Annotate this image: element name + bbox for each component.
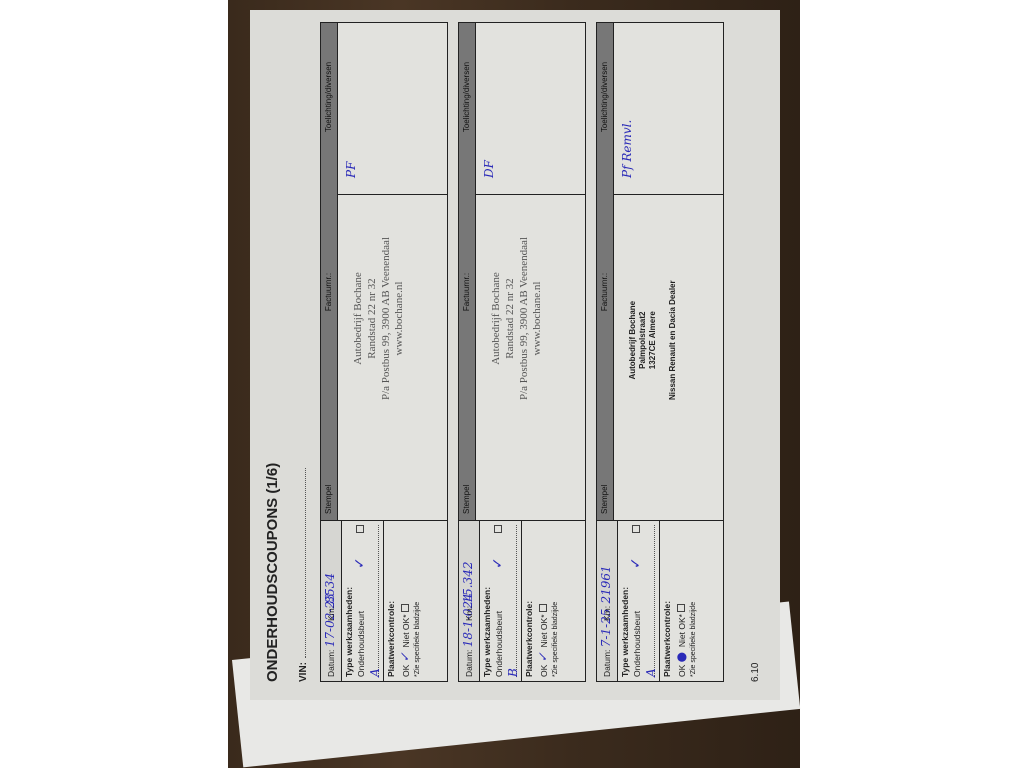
onderhoudsbeurt-label: Onderhoudsbeurt (356, 611, 366, 677)
plaatwerk-options: OK ✓ Niet OK* (536, 521, 550, 681)
page-number: 6.10 (750, 663, 761, 682)
km-value: 15.342 (461, 562, 475, 604)
coupon-info: Datum: 17-02-23 Km: 8534 Type werkzaamhe… (321, 520, 447, 681)
coupon-header: Stempel Factuurnr.: Toelichting/diversen (321, 23, 338, 520)
coupon-info: Datum: 18-1-024 Km: 15.342 Type werkzaam… (459, 520, 585, 681)
onderhoudsbeurt-checkbox[interactable] (356, 525, 364, 533)
coupon-columns: Stempel Factuurnr.: Toelichting/diversen… (321, 23, 447, 520)
datum-label: Datum: (602, 650, 612, 677)
stamp-line: 1327CE Almere (648, 280, 658, 400)
type-label: Type werkzaamheden: (618, 521, 632, 681)
stamp-line: Autobedrijf Bochane (628, 280, 638, 400)
plaatwerk-label: Plaatwerkcontrole: (659, 521, 674, 681)
toelichting-area: DF (476, 23, 585, 194)
datum-row: Datum: 7-1-25 Km: 21961 (597, 521, 618, 681)
stamp-line: Nissan Renault en Dacia Dealer (668, 280, 678, 400)
onderhoudsbeurt-checkbox[interactable] (494, 525, 502, 533)
toelichting-area: PF (338, 23, 447, 194)
stamp-line: P/a Postbus 99, 3900 AB Veenendaal (518, 237, 532, 400)
stamp-area: Autobedrijf BochaneRandstad 22 nr 32P/a … (476, 194, 585, 520)
type-note: A (644, 668, 658, 677)
type-note: B (506, 668, 520, 677)
factuurnr-header: Factuurnr.: (321, 171, 337, 413)
stamp-line: Randstad 22 nr 32 (366, 237, 380, 400)
dealer-stamp: Autobedrijf BochaneRandstad 22 nr 32P/a … (352, 237, 407, 400)
onderhoudsbeurt-row: Onderhoudsbeurt (356, 521, 366, 681)
coupon-body: Autobedrijf BochaneRandstad 22 nr 32P/a … (338, 23, 447, 520)
onderhoudsbeurt-label: Onderhoudsbeurt (494, 611, 504, 677)
datum-label: Datum: (464, 650, 474, 677)
toelichting-value: PF (344, 162, 358, 178)
ok-label: OK (539, 665, 549, 677)
type-other-line: A (368, 525, 379, 677)
page-title: ONDERHOUDSCOUPONS (1/6) (264, 463, 281, 682)
vin-field: VIN: (298, 468, 309, 682)
niet-ok-label: Niet OK* (539, 614, 549, 647)
plaatwerk-options: OK ✓ Niet OK* (398, 521, 412, 681)
stempel-header: Stempel (321, 413, 337, 520)
type-other-line: A (644, 525, 655, 677)
footnote: *Zie specifieke bladzijde (688, 521, 699, 681)
ok-mark[interactable]: ✓ (398, 652, 412, 662)
factuurnr-header: Factuurnr.: (459, 171, 475, 413)
ok-mark[interactable]: ● (674, 652, 688, 662)
plaatwerk-options: OK ● Niet OK* (674, 521, 688, 681)
onderhoudsbeurt-checkbox[interactable] (632, 525, 640, 533)
onderhoudsbeurt-row: Onderhoudsbeurt (494, 521, 504, 681)
type-label: Type werkzaamheden: (342, 521, 356, 681)
dealer-stamp: Autobedrijf BochaneRandstad 22 nr 32P/a … (490, 237, 545, 400)
check-mark-icon: ✓ (489, 557, 506, 569)
onderhoudsbeurt-label: Onderhoudsbeurt (632, 611, 642, 677)
vin-line (305, 468, 306, 658)
onderhoudsbeurt-row: Onderhoudsbeurt (632, 521, 642, 681)
km-value: 8534 (323, 573, 337, 604)
coupon-body: Autobedrijf BochaneRandstad 22 nr 32P/a … (476, 23, 585, 520)
toelichting-area: Pf Remvl. (614, 23, 723, 194)
stamp-line: www.bochane.nl (393, 237, 407, 400)
coupon: Datum: 17-02-23 Km: 8534 Type werkzaamhe… (320, 22, 448, 682)
ok-label: OK (401, 665, 411, 677)
km-label: Km: (602, 606, 612, 621)
coupon-list: Datum: 17-02-23 Km: 8534 Type werkzaamhe… (320, 22, 734, 682)
ok-mark[interactable]: ✓ (536, 652, 550, 662)
coupon-header: Stempel Factuurnr.: Toelichting/diversen (597, 23, 614, 520)
coupon-columns: Stempel Factuurnr.: Toelichting/diversen… (597, 23, 723, 520)
coupon-columns: Stempel Factuurnr.: Toelichting/diversen… (459, 23, 585, 520)
niet-ok-checkbox[interactable] (677, 604, 685, 612)
stamp-line: P/a Postbus 99, 3900 AB Veenendaal (380, 237, 394, 400)
coupon-info: Datum: 7-1-25 Km: 21961 Type werkzaamhed… (597, 520, 723, 681)
stamp-line: Randstad 22 nr 32 (504, 237, 518, 400)
plaatwerk-label: Plaatwerkcontrole: (521, 521, 536, 681)
footnote: *Zie specifieke bladzijde (412, 521, 423, 681)
coupon-header: Stempel Factuurnr.: Toelichting/diversen (459, 23, 476, 520)
stamp-line: Autobedrijf Bochane (352, 237, 366, 400)
stamp-line: Autobedrijf Bochane (490, 237, 504, 400)
ok-label: OK (677, 665, 687, 677)
toelichting-value: DF (482, 160, 496, 178)
toelichting-header: Toelichting/diversen (459, 23, 475, 171)
toelichting-header: Toelichting/diversen (597, 23, 613, 171)
background-right (800, 0, 1024, 768)
coupon: Datum: 7-1-25 Km: 21961 Type werkzaamhed… (596, 22, 724, 682)
footnote: *Zie specifieke bladzijde (550, 521, 561, 681)
datum-row: Datum: 17-02-23 Km: 8534 (321, 521, 342, 681)
datum-row: Datum: 18-1-024 Km: 15.342 (459, 521, 480, 681)
coupon-body: Autobedrijf BochanePalmpolstraat21327CE … (614, 23, 723, 520)
dealer-stamp: Autobedrijf BochanePalmpolstraat21327CE … (628, 280, 678, 400)
factuurnr-header: Factuurnr.: (597, 171, 613, 413)
niet-ok-label: Niet OK* (677, 614, 687, 647)
check-mark-icon: ✓ (627, 557, 644, 569)
km-label: Km: (464, 606, 474, 621)
stamp-line: www.bochane.nl (531, 237, 545, 400)
stamp-area: Autobedrijf BochanePalmpolstraat21327CE … (614, 194, 723, 520)
niet-ok-checkbox[interactable] (539, 604, 547, 612)
vin-label: VIN: (298, 662, 309, 682)
type-other-line: B (506, 525, 517, 677)
niet-ok-label: Niet OK* (401, 614, 411, 647)
datum-label: Datum: (326, 650, 336, 677)
coupon-sheet: ONDERHOUDSCOUPONS (1/6) VIN: 6.10 Datum:… (250, 10, 780, 700)
type-label: Type werkzaamheden: (480, 521, 494, 681)
check-mark-icon: ✓ (351, 557, 368, 569)
background-left (0, 0, 228, 768)
km-value: 21961 (599, 565, 613, 603)
toelichting-header: Toelichting/diversen (321, 23, 337, 171)
type-note: A (368, 668, 382, 677)
toelichting-value: Pf Remvl. (620, 120, 634, 178)
coupon: Datum: 18-1-024 Km: 15.342 Type werkzaam… (458, 22, 586, 682)
stamp-line: Palmpolstraat2 (638, 280, 648, 400)
plaatwerk-label: Plaatwerkcontrole: (383, 521, 398, 681)
stempel-header: Stempel (597, 413, 613, 520)
stempel-header: Stempel (459, 413, 475, 520)
stamp-area: Autobedrijf BochaneRandstad 22 nr 32P/a … (338, 194, 447, 520)
km-label: Km: (326, 606, 336, 621)
niet-ok-checkbox[interactable] (401, 604, 409, 612)
